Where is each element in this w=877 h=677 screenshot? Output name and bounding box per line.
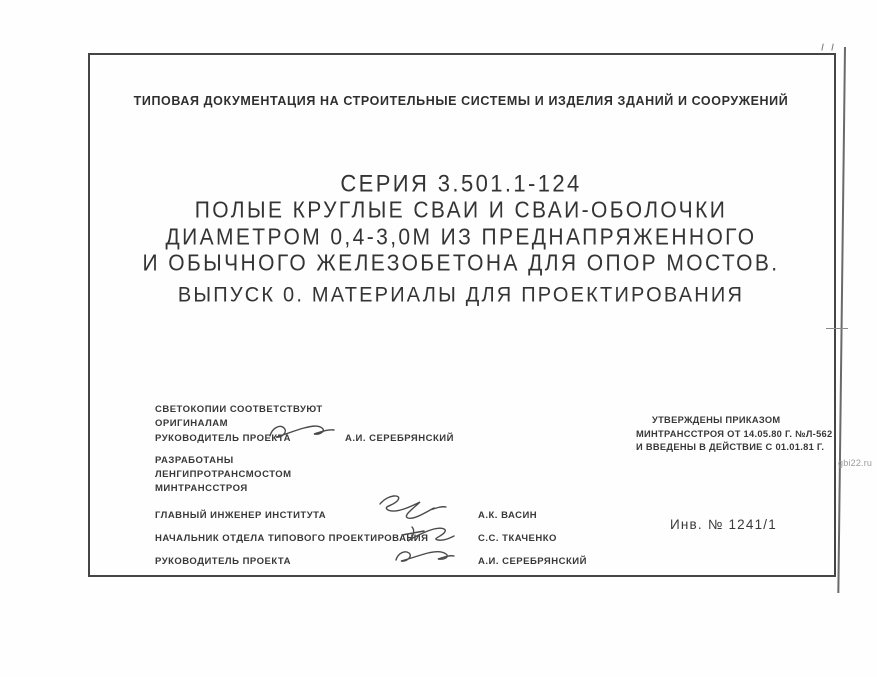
developed-line-3: МИНТРАНССТРОЯ [155,483,248,494]
title-line-4: И ОБЫЧНОГО ЖЕЛЕЗОБЕТОНА ДЛЯ ОПОР МОСТОВ. [90,251,832,277]
developed-line-2: ЛЕНГИПРОТРАНСМОСТОМ [155,469,292,480]
title-line-2: ПОЛЫЕ КРУГЛЫЕ СВАИ И СВАИ-ОБОЛОЧКИ [90,198,832,224]
approval-line-1: УТВЕРЖДЕНЫ ПРИКАЗОМ [636,414,833,428]
approval-line-2: МИНТРАНССТРОЯ ОТ 14.05.80 Г. №Л-562 [636,428,833,442]
approval-line-3: И ВВЕДЕНЫ В ДЕЙСТВИЕ С 01.01.81 Г. [636,441,833,455]
signatory-name: С.С. ТКАЧЕНКО [478,533,557,544]
signatory-name: А.К. ВАСИН [478,510,537,521]
certification-name: А.И. СЕРЕБРЯНСКИЙ [345,433,454,444]
corner-tick-mark [821,44,827,52]
corner-tick-mark [831,44,837,52]
document-header: ТИПОВАЯ ДОКУМЕНТАЦИЯ НА СТРОИТЕЛЬНЫЕ СИС… [90,94,832,109]
page-edge-line [837,47,846,593]
approval-block: УТВЕРЖДЕНЫ ПРИКАЗОМ МИНТРАНССТРОЯ ОТ 14.… [636,414,833,455]
series-title: СЕРИЯ 3.501.1-124 [90,170,832,198]
fold-tick-mark [826,328,848,329]
signatory-role: НАЧАЛЬНИК ОТДЕЛА ТИПОВОГО ПРОЕКТИРОВАНИЯ [155,533,428,544]
watermark-text: gbi22.ru [838,458,872,468]
certification-line-2: ОРИГИНАЛАМ [155,418,228,429]
title-line-3: ДИАМЕТРОМ 0,4-3,0М ИЗ ПРЕДНАПРЯЖЕННОГО [90,225,832,251]
signatory-name: А.И. СЕРЕБРЯНСКИЙ [478,556,587,567]
certification-line-1: СВЕТОКОПИИ СООТВЕТСТВУЮТ [155,404,323,415]
issue-title: ВЫПУСК 0. МАТЕРИАЛЫ ДЛЯ ПРОЕКТИРОВАНИЯ [90,283,832,308]
signatory-role: РУКОВОДИТЕЛЬ ПРОЕКТА [155,556,291,567]
inventory-number: Инв. № 1241/1 [670,517,777,532]
scanned-title-page: ТИПОВАЯ ДОКУМЕНТАЦИЯ НА СТРОИТЕЛЬНЫЕ СИС… [0,0,877,677]
signature-serebryansky [266,420,338,449]
signatory-role: ГЛАВНЫЙ ИНЖЕНЕР ИНСТИТУТА [155,510,326,521]
signature-serebryansky [392,546,458,573]
page-border-frame [88,53,836,577]
developed-line-1: РАЗРАБОТАНЫ [155,455,234,466]
